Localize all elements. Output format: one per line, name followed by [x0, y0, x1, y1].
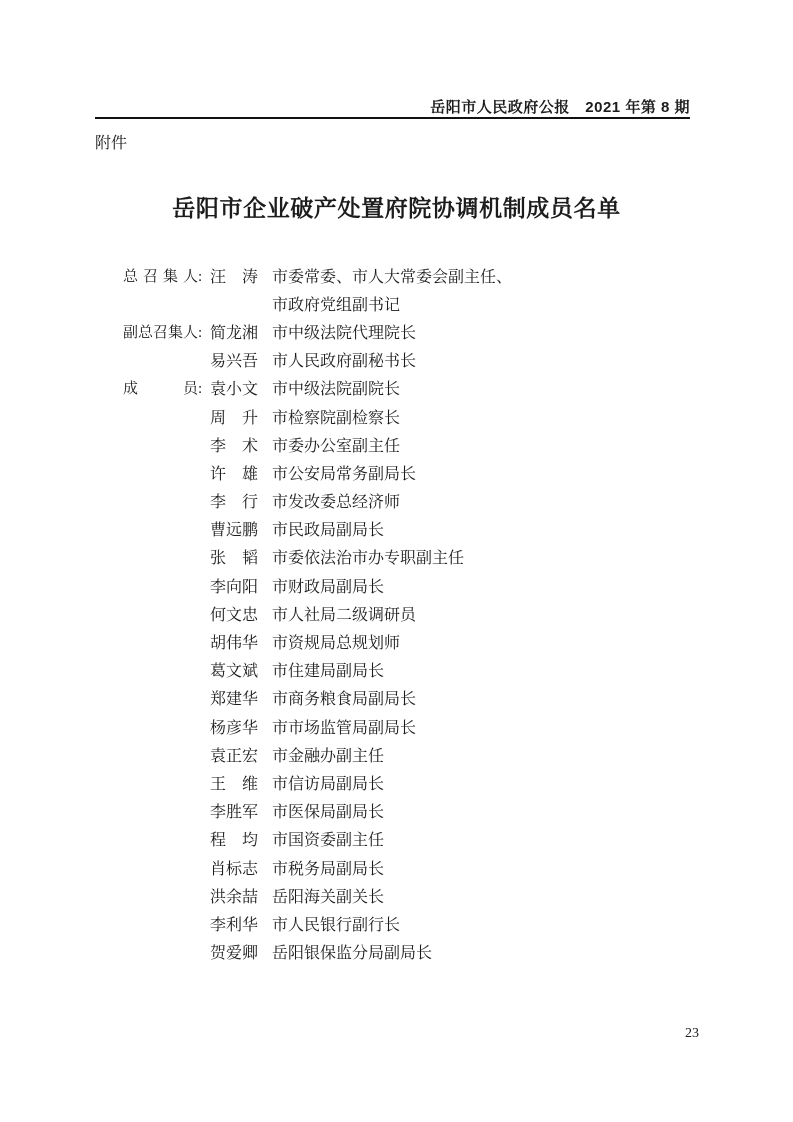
- list-item: 李胜军市医保局副局长: [123, 797, 512, 825]
- member-title: 市中级法院副院长: [272, 376, 400, 399]
- list-item: 程均市国资委副主任: [123, 825, 512, 853]
- list-item: 李向阳市财政局副局长: [123, 571, 512, 599]
- list-item: 袁正宏市金融办副主任: [123, 740, 512, 768]
- list-item: 成员:袁小文市中级法院副院长: [123, 374, 512, 402]
- member-title: 市商务粮食局副局长: [272, 686, 416, 709]
- member-title: 市中级法院代理院长: [272, 320, 416, 343]
- member-role-label: 成员: [123, 377, 198, 398]
- list-item: 市政府党组副书记: [123, 289, 512, 317]
- list-item: 总召集人:汪涛市委常委、市人大常委会副主任、: [123, 261, 512, 289]
- document-title: 岳阳市企业破产处置府院协调机制成员名单: [0, 190, 793, 223]
- list-item: 易兴吾市人民政府副秘书长: [123, 346, 512, 374]
- member-name: 张韬: [210, 545, 258, 568]
- member-name: 李利华: [210, 912, 258, 935]
- member-title: 市国资委副主任: [272, 827, 384, 850]
- member-name: 程均: [210, 827, 258, 850]
- member-name: 李术: [210, 433, 258, 456]
- member-title: 市市场监管局副局长: [272, 715, 416, 738]
- member-title: 市公安局常务副局长: [272, 461, 416, 484]
- list-item: 葛文斌市住建局副局长: [123, 656, 512, 684]
- member-title: 市委常委、市人大常委会副主任、: [272, 264, 512, 287]
- member-title: 市税务局副局长: [272, 856, 384, 879]
- list-item: 郑建华市商务粮食局副局长: [123, 684, 512, 712]
- member-title: 岳阳银保监分局副局长: [272, 940, 432, 963]
- member-title: 市委依法治市办专职副主任: [272, 545, 464, 568]
- member-title: 市住建局副局长: [272, 658, 384, 681]
- member-title: 市检察院副检察长: [272, 405, 400, 428]
- list-item: 许雄市公安局常务副局长: [123, 458, 512, 486]
- member-name: 袁正宏: [210, 743, 258, 766]
- member-role-cell: 副总召集人:: [123, 321, 210, 342]
- member-name: 李胜军: [210, 799, 258, 822]
- member-name: 洪余喆: [210, 884, 258, 907]
- list-item: 李行市发改委总经济师: [123, 487, 512, 515]
- list-item: 贺爱卿岳阳银保监分局副局长: [123, 938, 512, 966]
- list-item: 肖标志市税务局副局长: [123, 853, 512, 881]
- member-title: 市信访局副局长: [272, 771, 384, 794]
- member-title: 市委办公室副主任: [272, 433, 400, 456]
- list-item: 曹远鹏市民政局副局长: [123, 515, 512, 543]
- member-name: 肖标志: [210, 856, 258, 879]
- list-item: 副总召集人:简龙湘市中级法院代理院长: [123, 317, 512, 345]
- role-label-colon: :: [198, 381, 202, 398]
- member-role-label: 副总召集人: [123, 321, 198, 342]
- member-name: 简龙湘: [210, 320, 258, 343]
- member-name: 贺爱卿: [210, 940, 258, 963]
- member-name: 周升: [210, 405, 258, 428]
- member-name: 袁小文: [210, 376, 258, 399]
- list-item: 何文忠市人社局二级调研员: [123, 599, 512, 627]
- member-title: 市人民银行副行长: [272, 912, 400, 935]
- list-item: 王维市信访局副局长: [123, 768, 512, 796]
- member-name: 李行: [210, 489, 258, 512]
- list-item: 李利华市人民银行副行长: [123, 909, 512, 937]
- member-role-cell: 成员:: [123, 377, 210, 398]
- member-list: 总召集人:汪涛市委常委、市人大常委会副主任、市政府党组副书记副总召集人:简龙湘市…: [123, 261, 512, 966]
- member-name: 杨彦华: [210, 715, 258, 738]
- gazette-header-title: 岳阳市人民政府公报 2021 年第 8 期: [95, 96, 690, 117]
- member-title: 市财政局副局长: [272, 574, 384, 597]
- member-name: 王维: [210, 771, 258, 794]
- gazette-page: 岳阳市人民政府公报 2021 年第 8 期 附件 岳阳市企业破产处置府院协调机制…: [0, 0, 793, 1122]
- member-title: 市政府党组副书记: [272, 292, 400, 315]
- member-name: 许雄: [210, 461, 258, 484]
- member-name: 葛文斌: [210, 658, 258, 681]
- member-name: 郑建华: [210, 686, 258, 709]
- list-item: 李术市委办公室副主任: [123, 430, 512, 458]
- member-title: 市人民政府副秘书长: [272, 348, 416, 371]
- member-name: 胡伟华: [210, 630, 258, 653]
- member-role-cell: 总召集人:: [123, 265, 210, 286]
- role-label-colon: :: [198, 269, 202, 286]
- list-item: 张韬市委依法治市办专职副主任: [123, 543, 512, 571]
- member-title: 市民政局副局长: [272, 517, 384, 540]
- member-role-label: 总召集人: [123, 265, 198, 286]
- member-title: 市人社局二级调研员: [272, 602, 416, 625]
- list-item: 杨彦华市市场监管局副局长: [123, 712, 512, 740]
- member-name: 汪涛: [210, 264, 258, 287]
- member-title: 市金融办副主任: [272, 743, 384, 766]
- list-item: 胡伟华市资规局总规划师: [123, 627, 512, 655]
- list-item: 周升市检察院副检察长: [123, 402, 512, 430]
- attachment-label: 附件: [95, 130, 127, 153]
- member-name: 何文忠: [210, 602, 258, 625]
- member-title: 市医保局副局长: [272, 799, 384, 822]
- page-number: 23: [685, 1026, 699, 1042]
- list-item: 洪余喆岳阳海关副关长: [123, 881, 512, 909]
- member-title: 市资规局总规划师: [272, 630, 400, 653]
- role-label-colon: :: [198, 325, 202, 342]
- member-name: 李向阳: [210, 574, 258, 597]
- member-name: 易兴吾: [210, 348, 258, 371]
- member-title: 岳阳海关副关长: [272, 884, 384, 907]
- member-title: 市发改委总经济师: [272, 489, 400, 512]
- header-rule: [95, 117, 690, 119]
- member-name: 曹远鹏: [210, 517, 258, 540]
